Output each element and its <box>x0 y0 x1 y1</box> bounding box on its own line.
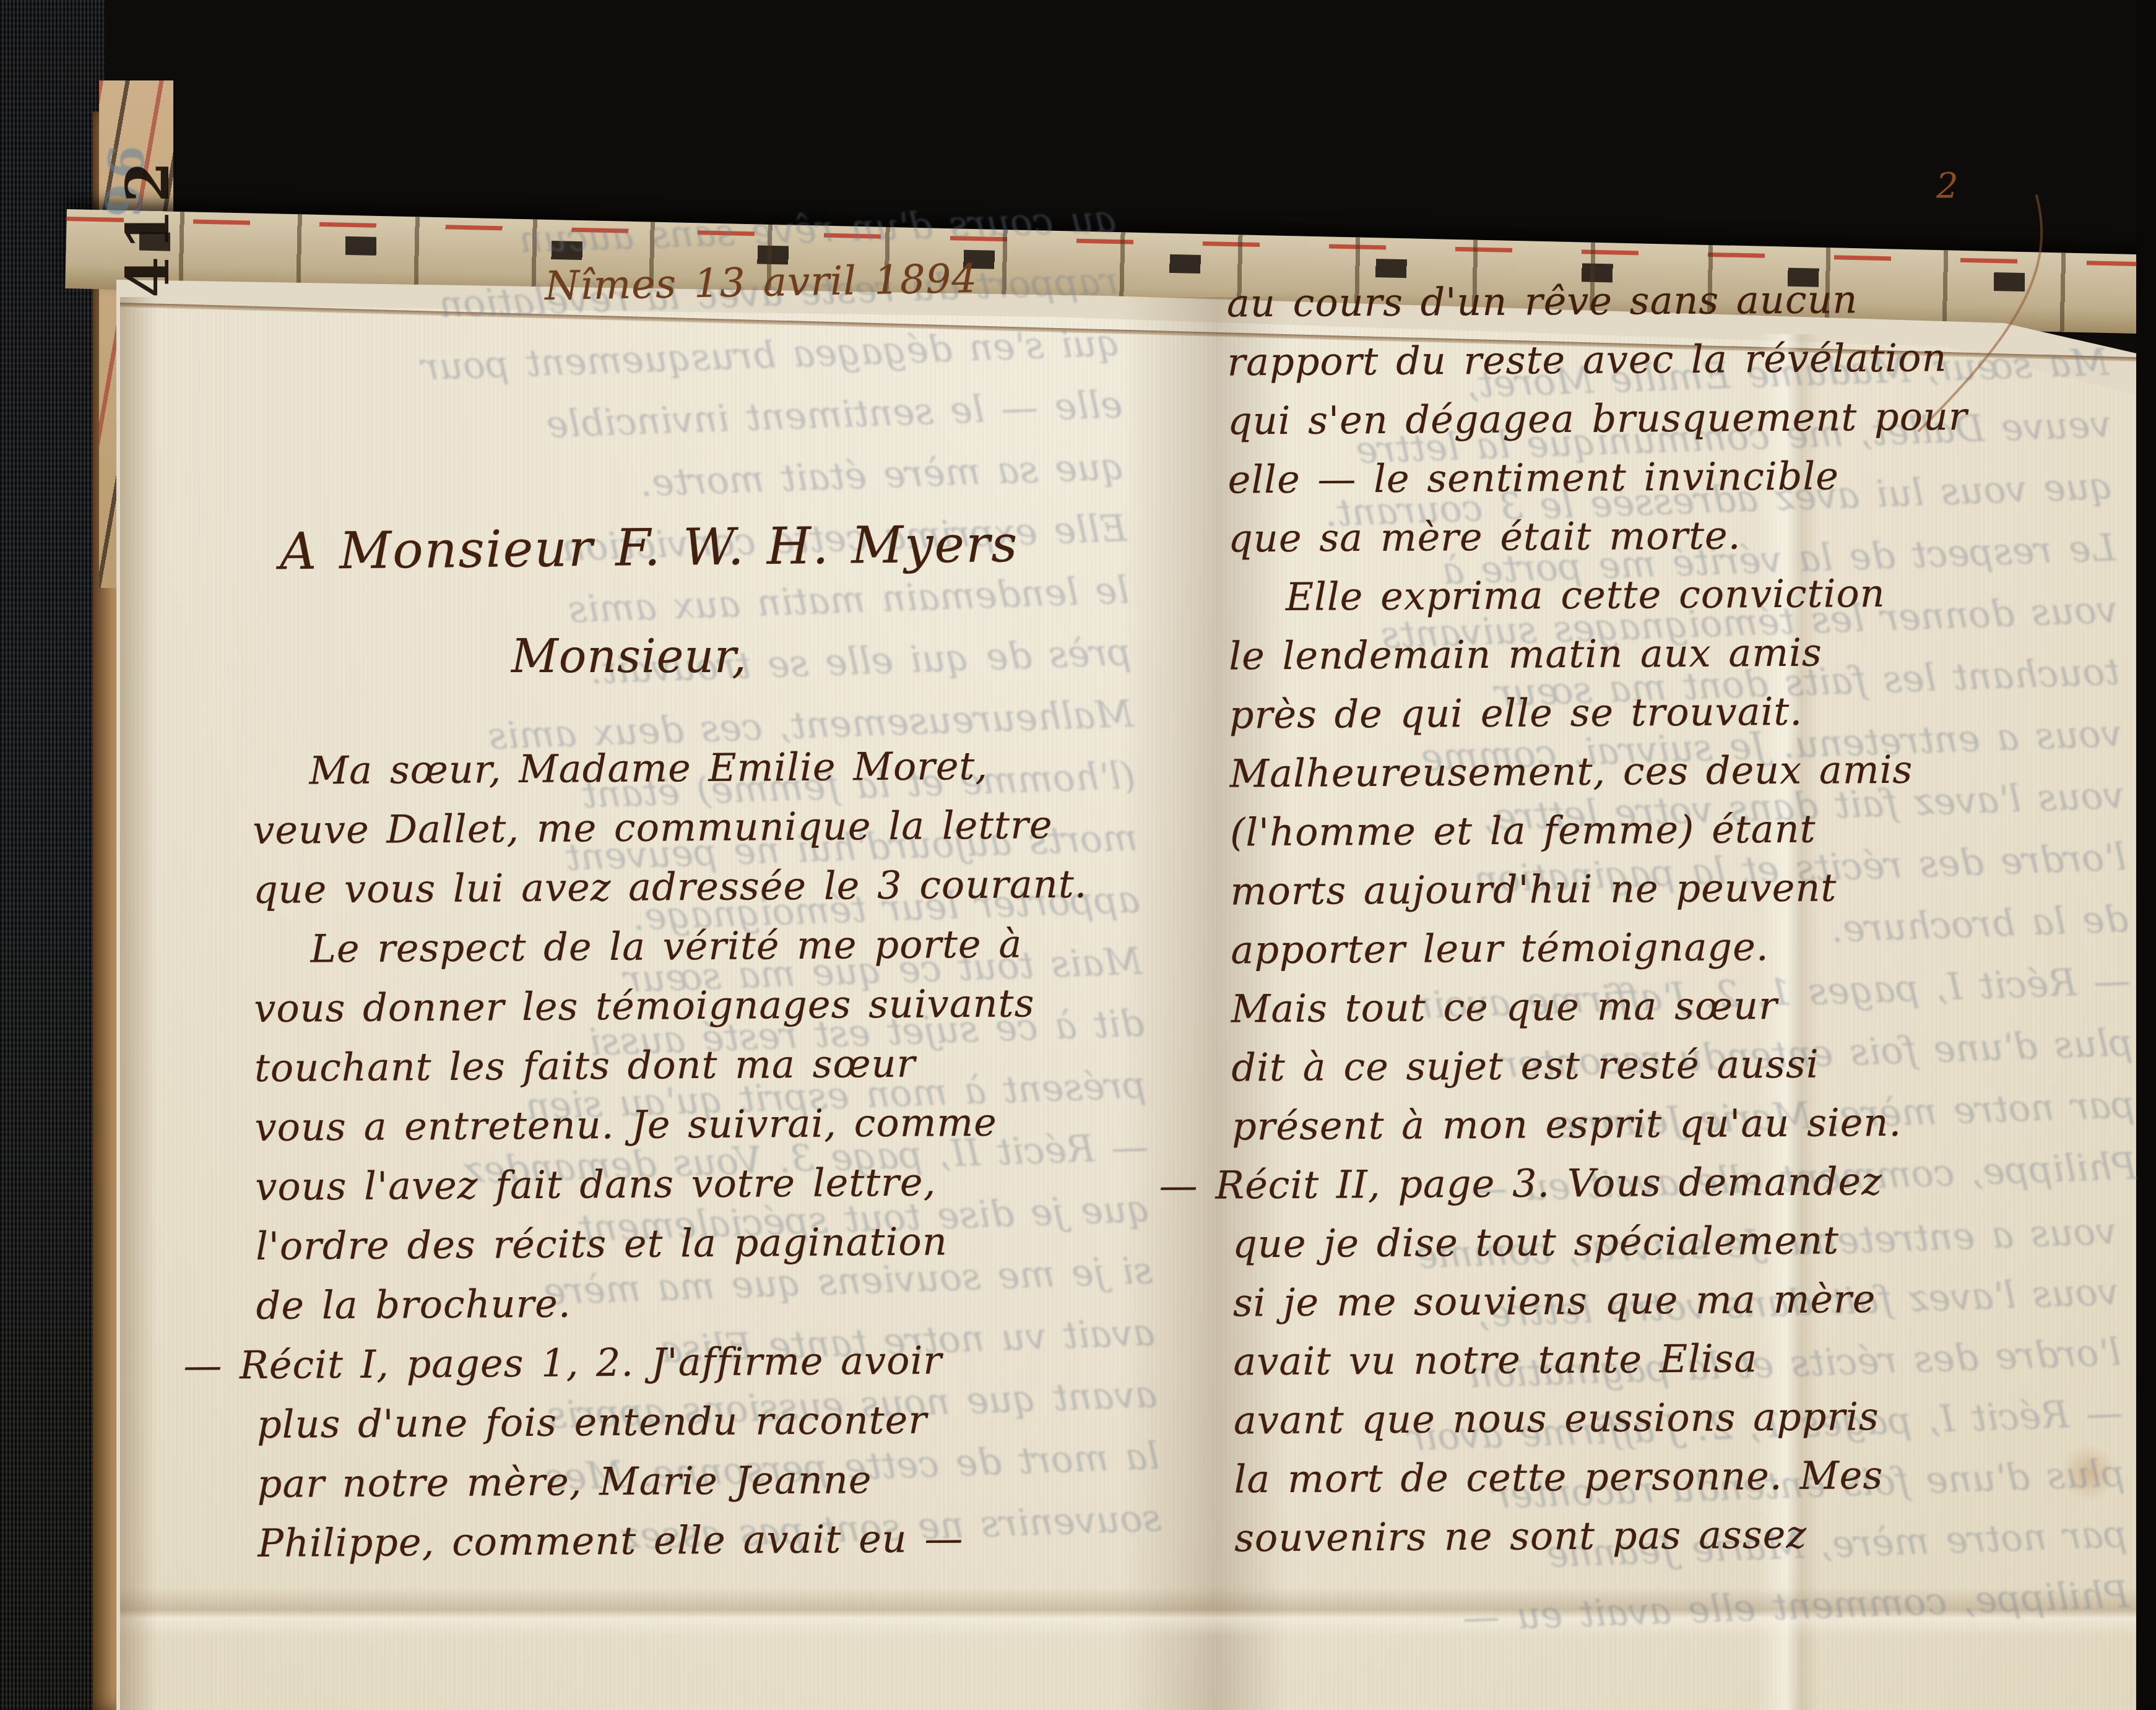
manuscript-line: le lendemain matin aux amis <box>1229 621 2133 686</box>
manuscript-line: qui s'en dégagea brusquement pour <box>1227 386 2132 451</box>
manuscript-line: vous l'avez fait dans votre lettre, <box>255 1151 1159 1217</box>
manuscript-line: près de qui elle se trouvait. <box>1229 680 2134 745</box>
manuscript-line: Le respect de la vérité me porte à <box>253 913 1158 979</box>
manuscript-line: rapport du reste avec la révélation <box>1227 327 2131 392</box>
manuscript-line: — Récit I, pages 1, 2. J'affirme avoir <box>256 1329 1161 1395</box>
letter-dateline: Nîmes 13 avril 1894 <box>544 256 977 309</box>
manuscript-line: — Récit II, page 3. Vous demandez <box>1232 1151 2136 1215</box>
letter-address-line: A Monsieur F. W. H. Myers <box>280 515 1019 581</box>
scanned-letter-page: au cours d'un rêve sans aucun rapport du… <box>0 0 2156 1710</box>
letter-salutation: Monsieur, <box>511 630 747 683</box>
manuscript-line: elle — le sentiment invincible <box>1227 445 2132 509</box>
manuscript-line: que je dise tout spécialement <box>1232 1209 2137 1274</box>
manuscript-line: veuve Dallet, me communique la lettre <box>253 795 1157 860</box>
scan-right-border <box>2136 0 2156 1710</box>
left-page-body: Ma sœur, Madame Emilie Moret, veuve Dall… <box>252 735 1161 1573</box>
manuscript-line: avant que nous eussions appris <box>1234 1386 2138 1450</box>
manuscript-line: plus d'une fois entendu raconter <box>257 1389 1161 1454</box>
manuscript-line: présent à mon esprit qu'au sien. <box>1232 1092 2136 1156</box>
manuscript-line: vous donner les témoignages suivants <box>254 973 1158 1039</box>
manuscript-line: Malheureusement, ces deux amis <box>1229 739 2134 803</box>
manuscript-line: la mort de cette personne. Mes <box>1234 1444 2138 1509</box>
manuscript-line: que sa mère était morte. <box>1228 504 2132 568</box>
manuscript-line: Ma sœur, Madame Emilie Moret, <box>252 735 1156 801</box>
right-page-body: au cours d'un rêve sans aucun rapport du… <box>1227 269 2139 1568</box>
manuscript-line: Elle exprima cette conviction <box>1229 563 2133 627</box>
left-edge-shading <box>120 297 157 1710</box>
manuscript-line: au cours d'un rêve sans aucun <box>1227 269 2131 333</box>
manuscript-line: souvenirs ne sont pas assez <box>1234 1503 2139 1568</box>
horizontal-fold-crease <box>120 1587 2139 1637</box>
manuscript-line: avait vu notre tante Elisa <box>1233 1327 2137 1391</box>
manuscript-line: que vous lui avez adressée le 3 courant. <box>253 854 1158 920</box>
manuscript-line: si je me souviens que ma mère <box>1232 1268 2137 1332</box>
manuscript-line: dit à ce sujet est resté aussi <box>1231 1033 2136 1097</box>
manuscript-line: Philippe, comment elle avait eu — <box>258 1508 1162 1573</box>
manuscript-line: apporter leur témoignage. <box>1231 915 2135 980</box>
manuscript-line: vous a entretenu. Je suivrai, comme <box>254 1092 1159 1157</box>
archive-stamp-number: 412 <box>113 155 183 298</box>
manuscript-line: morts aujourd'hui ne peuvent <box>1230 857 2134 921</box>
manuscript-line: Mais tout ce que ma sœur <box>1231 974 2136 1039</box>
manuscript-line: de la brochure. <box>256 1270 1160 1336</box>
archive-number-stamp: 412 <box>69 149 225 304</box>
manuscript-line: l'ordre des récits et la pagination <box>256 1211 1160 1276</box>
manuscript-line: (l'homme et la femme) étant <box>1230 798 2134 862</box>
manuscript-line: touchant les faits dont ma sœur <box>254 1032 1159 1098</box>
manuscript-line: par notre mère, Marie Jeanne <box>257 1448 1161 1514</box>
